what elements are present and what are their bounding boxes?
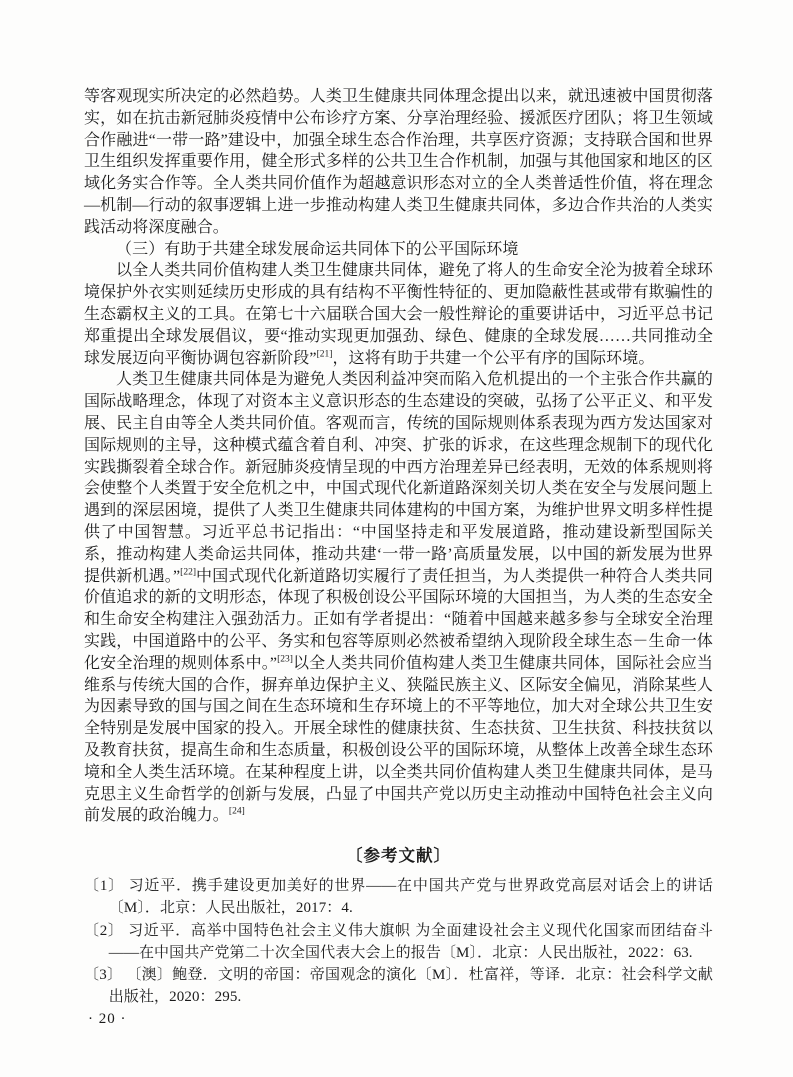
- page-number: · 20 ·: [88, 1011, 713, 1028]
- body-text-block: 等客观现实所决定的必然趋势。人类卫生健康共同体理念提出以来，就迅速被中国贯彻落实…: [84, 86, 713, 827]
- reference-text: 〔澳〕鲍登．文明的帝国：帝国观念的演化〔M〕．杜富祥，等译．北京：社会科学文献出…: [109, 967, 713, 1005]
- body-paragraph: 人类卫生健康共同体是为避免人类因利益冲突而陷入危机提出的一个主张合作共赢的国际战…: [84, 369, 713, 827]
- references-list: 〔1〕 习近平．携手建设更加美好的世界——在中国共产党与世界政党高层对话会上的讲…: [84, 875, 713, 1008]
- reference-label: 〔3〕: [84, 967, 126, 983]
- reference-label: 〔2〕: [84, 923, 128, 939]
- reference-item: 〔1〕 习近平．携手建设更加美好的世界——在中国共产党与世界政党高层对话会上的讲…: [84, 875, 713, 919]
- section-heading: （三）有助于共建全球发展命运共同体下的公平国际环境: [84, 239, 713, 261]
- reference-text: 习近平．高举中国特色社会主义伟大旗帜 为全面建设社会主义现代化国家而团结奋斗——…: [109, 923, 713, 961]
- citation-superscript: [22]: [180, 567, 196, 577]
- references-heading: 〔参考文献〕: [84, 842, 713, 866]
- reference-item: 〔3〕 〔澳〕鲍登．文明的帝国：帝国观念的演化〔M〕．杜富祥，等译．北京：社会科…: [84, 964, 713, 1008]
- page-content: 等客观现实所决定的必然趋势。人类卫生健康共同体理念提出以来，就迅速被中国贯彻落实…: [0, 0, 793, 1028]
- body-paragraph: 等客观现实所决定的必然趋势。人类卫生健康共同体理念提出以来，就迅速被中国贯彻落实…: [84, 86, 713, 239]
- reference-label: 〔1〕: [84, 878, 129, 894]
- body-paragraph: 以全人类共同价值构建人类卫生健康共同体，避免了将人的生命安全沦为披着全球环境保护…: [84, 260, 713, 369]
- citation-superscript: [23]: [277, 654, 293, 664]
- citation-superscript: [24]: [229, 807, 245, 817]
- citation-superscript: [21]: [317, 349, 333, 359]
- reference-text: 习近平．携手建设更加美好的世界——在中国共产党与世界政党高层对话会上的讲话〔M〕…: [109, 878, 713, 916]
- reference-item: 〔2〕 习近平．高举中国特色社会主义伟大旗帜 为全面建设社会主义现代化国家而团结…: [84, 920, 713, 964]
- document-page: 等客观现实所决定的必然趋势。人类卫生健康共同体理念提出以来，就迅速被中国贯彻落实…: [0, 0, 793, 1077]
